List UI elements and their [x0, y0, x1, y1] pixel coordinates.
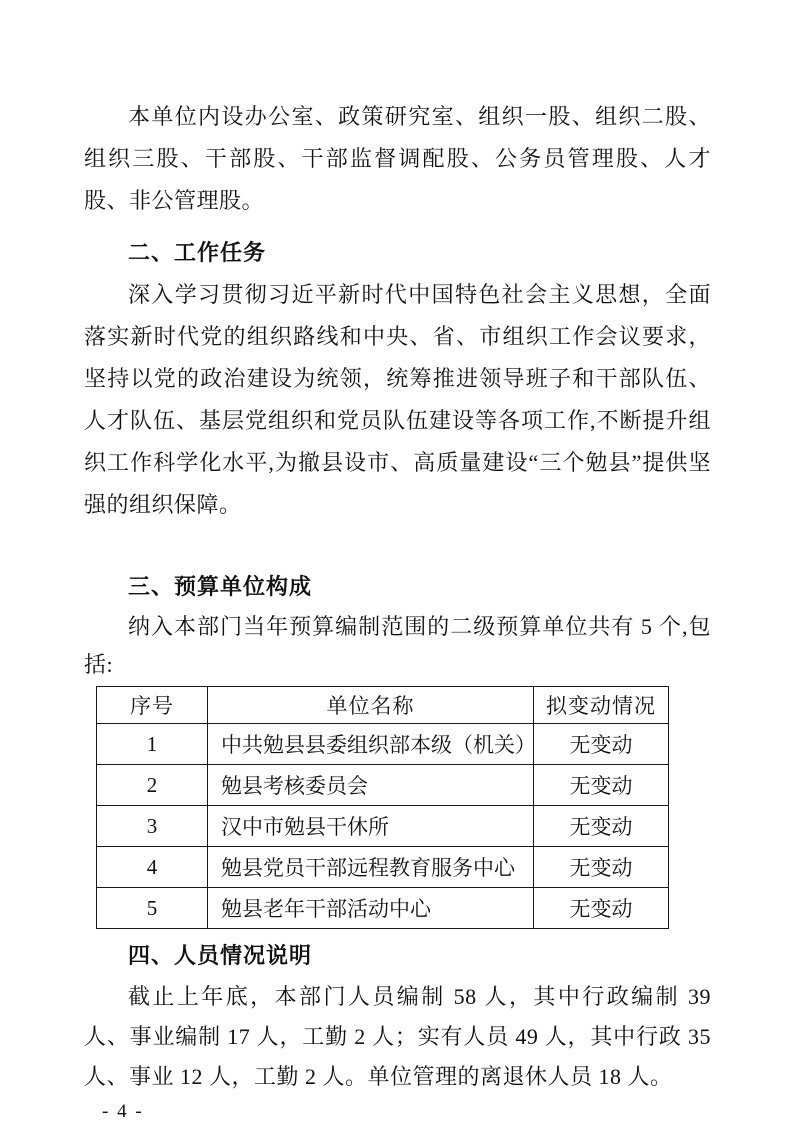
column-header-unit-name: 单位名称: [208, 687, 534, 724]
table-row: 3 汉中市勉县干休所 无变动: [97, 806, 669, 847]
cell-unit-name: 汉中市勉县干休所: [208, 806, 534, 847]
cell-unit-name: 中共勉县县委组织部本级（机关）: [208, 724, 534, 765]
cell-unit-name: 勉县党员干部远程教育服务中心: [208, 847, 534, 888]
cell-change-status: 无变动: [534, 888, 669, 929]
cell-unit-name: 勉县考核委员会: [208, 765, 534, 806]
cell-serial: 1: [97, 724, 208, 765]
page-number: - 4 -: [102, 1101, 711, 1122]
document-page: 本单位内设办公室、政策研究室、组织一股、组织二股、组织三股、干部股、干部监督调配…: [0, 0, 793, 1122]
section-heading-personnel: 四、人员情况说明: [84, 935, 711, 977]
paragraph-internal-departments: 本单位内设办公室、政策研究室、组织一股、组织二股、组织三股、干部股、干部监督调配…: [84, 96, 711, 222]
cell-serial: 4: [97, 847, 208, 888]
section-heading-budget-units: 三、预算单位构成: [84, 566, 711, 608]
cell-serial: 3: [97, 806, 208, 847]
table-row: 4 勉县党员干部远程教育服务中心 无变动: [97, 847, 669, 888]
cell-change-status: 无变动: [534, 765, 669, 806]
cell-change-status: 无变动: [534, 847, 669, 888]
cell-change-status: 无变动: [534, 724, 669, 765]
table-row: 2 勉县考核委员会 无变动: [97, 765, 669, 806]
cell-change-status: 无变动: [534, 806, 669, 847]
table-header-row: 序号 单位名称 拟变动情况: [97, 687, 669, 724]
column-header-serial: 序号: [97, 687, 208, 724]
paragraph-work-tasks: 深入学习贯彻习近平新时代中国特色社会主义思想，全面落实新时代党的组织路线和中央、…: [84, 274, 711, 526]
cell-serial: 2: [97, 765, 208, 806]
paragraph-budget-units: 纳入本部门当年预算编制范围的二级预算单位共有 5 个,包括:: [84, 608, 711, 684]
section-heading-work-tasks: 二、工作任务: [84, 232, 711, 274]
cell-serial: 5: [97, 888, 208, 929]
column-header-change-status: 拟变动情况: [534, 687, 669, 724]
cell-unit-name: 勉县老年干部活动中心: [208, 888, 534, 929]
budget-units-table: 序号 单位名称 拟变动情况 1 中共勉县县委组织部本级（机关） 无变动 2 勉县…: [96, 686, 669, 929]
paragraph-personnel: 截止上年底，本部门人员编制 58 人，其中行政编制 39 人、事业编制 17 人…: [84, 977, 711, 1097]
table-row: 1 中共勉县县委组织部本级（机关） 无变动: [97, 724, 669, 765]
table-row: 5 勉县老年干部活动中心 无变动: [97, 888, 669, 929]
